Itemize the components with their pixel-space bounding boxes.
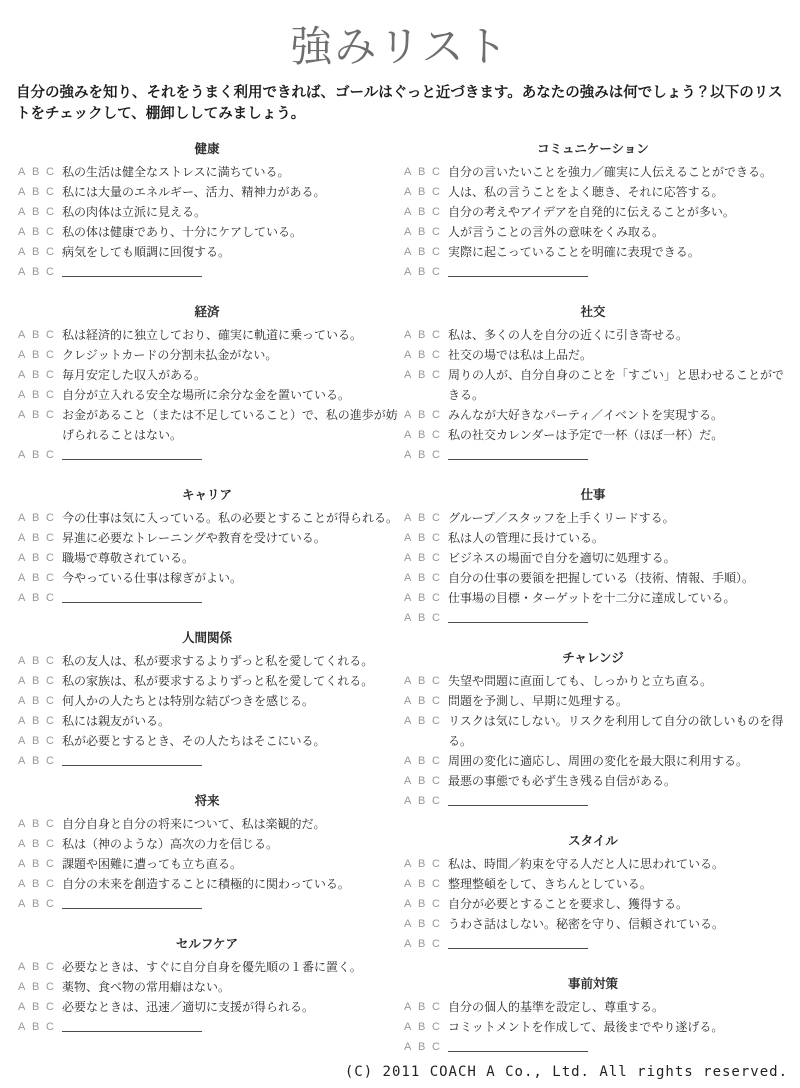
rating-option-c[interactable]: C [46,651,54,671]
item-text: 自分の未来を創造することに積極的に関わっている。 [62,874,400,894]
item-text: 今やっている仕事は稼ぎがよい。 [62,568,400,588]
item-text: リスクは気にしない。リスクを利用して自分の欲しいものを得る。 [448,711,786,751]
rating-option-b[interactable]: B [418,751,425,771]
rating-option-b[interactable]: B [32,814,39,834]
rating-options: ABC [400,242,440,262]
rating-option-c[interactable]: C [432,242,440,262]
rating-option-c[interactable]: C [432,934,440,954]
rating-option-c[interactable]: C [46,365,54,385]
fill-in-line[interactable] [62,752,202,766]
rating-option-c[interactable]: C [46,711,54,731]
rating-option-a[interactable]: A [404,162,411,182]
rating-option-b[interactable]: B [418,325,425,345]
rating-option-b[interactable]: B [32,651,39,671]
rating-option-c[interactable]: C [46,202,54,222]
rating-option-a[interactable]: A [18,385,25,405]
rating-option-c[interactable]: C [46,568,54,588]
rating-option-c[interactable]: C [432,445,440,465]
item-text: 薬物、食べ物の常用癖はない。 [62,977,400,997]
rating-option-c[interactable]: C [432,791,440,811]
rating-option-a[interactable]: A [18,854,25,874]
fill-in-line[interactable] [62,446,202,460]
rating-option-c[interactable]: C [46,325,54,345]
rating-option-a[interactable]: A [404,894,411,914]
checklist-row: ABC自分の考えやアイデアを自発的に伝えることが多い。 [400,202,786,222]
rating-option-a[interactable]: A [18,997,25,1017]
rating-option-c[interactable]: C [46,445,54,465]
rating-options: ABC [400,425,440,445]
rating-option-b[interactable]: B [32,345,39,365]
rating-option-a[interactable]: A [18,1017,25,1037]
rating-option-a[interactable]: A [18,711,25,731]
item-text: コミットメントを作成して、最後までやり遂げる。 [448,1017,786,1037]
fill-in-line[interactable] [448,263,588,277]
rating-option-b[interactable]: B [418,508,425,528]
rating-option-b[interactable]: B [32,854,39,874]
rating-option-b[interactable]: B [418,771,425,791]
rating-option-c[interactable]: C [432,691,440,711]
rating-option-c[interactable]: C [432,365,440,385]
rating-option-b[interactable]: B [32,325,39,345]
rating-option-c[interactable]: C [432,894,440,914]
rating-option-c[interactable]: C [46,834,54,854]
checklist-row: ABCビジネスの場面で自分を適切に処理する。 [400,548,786,568]
fill-in-line[interactable] [448,1038,588,1052]
rating-options: ABC [14,894,54,914]
rating-option-a[interactable]: A [18,262,25,282]
rating-option-c[interactable]: C [46,691,54,711]
rating-options: ABC [14,651,54,671]
rating-option-a[interactable]: A [18,528,25,548]
right-column: コミュニケーションABC自分の言いたいことを強力／確実に人伝えることができる。A… [400,139,786,1077]
rating-option-a[interactable]: A [404,997,411,1017]
rating-option-c[interactable]: C [46,405,54,425]
rating-option-c[interactable]: C [432,997,440,1017]
rating-option-b[interactable]: B [418,1037,425,1057]
rating-option-c[interactable]: C [432,262,440,282]
rating-option-a[interactable]: A [404,791,411,811]
rating-option-c[interactable]: C [432,1017,440,1037]
item-text: 自分が必要とすることを要求し、獲得する。 [448,894,786,914]
rating-option-a[interactable]: A [404,325,411,345]
rating-option-c[interactable]: C [432,405,440,425]
fill-in-line[interactable] [62,1018,202,1032]
rating-option-b[interactable]: B [418,568,425,588]
rating-option-a[interactable]: A [404,874,411,894]
rating-option-c[interactable]: C [46,671,54,691]
rating-option-a[interactable]: A [404,671,411,691]
rating-option-b[interactable]: B [418,202,425,222]
rating-option-a[interactable]: A [404,262,411,282]
rating-option-c[interactable]: C [432,751,440,771]
rating-option-c[interactable]: C [46,731,54,751]
rating-option-a[interactable]: A [18,874,25,894]
rating-option-a[interactable]: A [404,445,411,465]
rating-option-c[interactable]: C [46,162,54,182]
checklist-row: ABC社交の場では私は上品だ。 [400,345,786,365]
section-title: スタイル [400,831,786,851]
item-text: 人は、私の言うことをよく聴き、それに応答する。 [448,182,786,202]
section-title: 仕事 [400,485,786,505]
rating-option-c[interactable]: C [432,568,440,588]
rating-option-b[interactable]: B [32,671,39,691]
rating-option-a[interactable]: A [18,222,25,242]
rating-option-b[interactable]: B [32,834,39,854]
rating-option-a[interactable]: A [18,957,25,977]
rating-option-a[interactable]: A [18,588,25,608]
rating-option-b[interactable]: B [418,1017,425,1037]
rating-option-a[interactable]: A [404,914,411,934]
rating-option-c[interactable]: C [46,854,54,874]
item-text: 私は（神のような）高次の力を信じる。 [62,834,400,854]
rating-option-c[interactable]: C [432,528,440,548]
rating-option-a[interactable]: A [18,508,25,528]
rating-option-a[interactable]: A [404,711,411,731]
rating-option-c[interactable]: C [46,182,54,202]
item-text: 私の体は健康であり、十分にケアしている。 [62,222,400,242]
section-title: キャリア [14,485,400,505]
rating-option-a[interactable]: A [404,508,411,528]
rating-options: ABC [14,548,54,568]
rating-option-b[interactable]: B [32,405,39,425]
rating-option-b[interactable]: B [418,262,425,282]
rating-option-a[interactable]: A [18,751,25,771]
item-text: 私の家族は、私が要求するよりずっと私を愛してくれる。 [62,671,400,691]
rating-option-c[interactable]: C [46,528,54,548]
rating-option-b[interactable]: B [32,568,39,588]
item-text: 私は経済的に独立しており、確実に軌道に乗っている。 [62,325,400,345]
item-text: ビジネスの場面で自分を適切に処理する。 [448,548,786,568]
item-text: 失望や問題に直面しても、しっかりと立ち直る。 [448,671,786,691]
rating-option-b[interactable]: B [32,242,39,262]
checklist-row: ABC私は、多くの人を自分の近くに引き寄せる。 [400,325,786,345]
rating-option-a[interactable]: A [18,691,25,711]
rating-option-a[interactable]: A [404,182,411,202]
item-text: 職場で尊敬されている。 [62,548,400,568]
checklist-row: ABC周りの人が、自分自身のことを「すごい」と思わせることができる。 [400,365,786,405]
rating-option-a[interactable]: A [18,445,25,465]
strength-section: チャレンジABC失望や問題に直面しても、しっかりと立ち直る。ABC問題を予測し、… [400,648,786,811]
item-text: みんなが大好きなパーティ／イベントを実現する。 [448,405,786,425]
rating-option-b[interactable]: B [418,222,425,242]
rating-options: ABC [14,445,54,465]
checklist-row: ABC整理整頓をして、きちんとしている。 [400,874,786,894]
rating-option-b[interactable]: B [32,997,39,1017]
checklist-row: ABC私の生活は健全なストレスに満ちている。 [14,162,400,182]
item-text: クレジットカードの分割未払金がない。 [62,345,400,365]
rating-option-a[interactable]: A [404,568,411,588]
rating-option-b[interactable]: B [32,385,39,405]
rating-options: ABC [14,588,54,608]
rating-option-a[interactable]: A [18,894,25,914]
rating-options: ABC [14,957,54,977]
rating-option-b[interactable]: B [32,528,39,548]
rating-option-c[interactable]: C [46,814,54,834]
rating-option-c[interactable]: C [432,508,440,528]
rating-option-c[interactable]: C [432,162,440,182]
rating-option-b[interactable]: B [418,445,425,465]
rating-option-a[interactable]: A [18,365,25,385]
rating-options: ABC [400,1017,440,1037]
rating-option-a[interactable]: A [404,751,411,771]
rating-option-b[interactable]: B [418,934,425,954]
rating-options: ABC [400,548,440,568]
rating-options: ABC [14,385,54,405]
rating-option-a[interactable]: A [18,977,25,997]
rating-option-b[interactable]: B [418,405,425,425]
fill-in-line[interactable] [62,263,202,277]
rating-option-a[interactable]: A [18,405,25,425]
strength-section: キャリアABC今の仕事は気に入っている。私の必要とすることが得られる。ABC昇進… [14,485,400,608]
rating-option-c[interactable]: C [46,385,54,405]
rating-option-b[interactable]: B [418,608,425,628]
rating-options: ABC [400,162,440,182]
rating-option-a[interactable]: A [18,345,25,365]
rating-option-a[interactable]: A [404,771,411,791]
rating-option-a[interactable]: A [404,425,411,445]
rating-option-b[interactable]: B [418,874,425,894]
item-text: 最悪の事態でも必ず生き残る自信がある。 [448,771,786,791]
checklist-row: ABCクレジットカードの分割未払金がない。 [14,345,400,365]
rating-option-c[interactable]: C [432,182,440,202]
rating-option-a[interactable]: A [18,834,25,854]
section-title: 経済 [14,302,400,322]
fill-in-line[interactable] [448,609,588,623]
rating-options: ABC [14,997,54,1017]
rating-option-c[interactable]: C [46,242,54,262]
rating-option-c[interactable]: C [46,222,54,242]
fill-in-line[interactable] [448,935,588,949]
checklist-row: ABC最悪の事態でも必ず生き残る自信がある。 [400,771,786,791]
rating-option-a[interactable]: A [18,182,25,202]
rating-option-a[interactable]: A [404,345,411,365]
rating-option-c[interactable]: C [432,711,440,731]
rating-option-c[interactable]: C [432,771,440,791]
rating-option-c[interactable]: C [46,588,54,608]
fill-in-line[interactable] [448,446,588,460]
item-text: 仕事場の目標・ターゲットを十二分に達成している。 [448,588,786,608]
checklist-row: ABC仕事場の目標・ターゲットを十二分に達成している。 [400,588,786,608]
rating-option-b[interactable]: B [418,914,425,934]
checklist-row: ABC [400,791,786,811]
rating-option-b[interactable]: B [32,262,39,282]
section-title: コミュニケーション [400,139,786,159]
item-text: 私は、時間／約束を守る人だと人に思われている。 [448,854,786,874]
item-text: 昇進に必要なトレーニングや教育を受けている。 [62,528,400,548]
rating-option-b[interactable]: B [418,671,425,691]
rating-options: ABC [400,528,440,548]
rating-option-a[interactable]: A [404,242,411,262]
rating-option-b[interactable]: B [418,711,425,731]
rating-options: ABC [400,671,440,691]
rating-option-c[interactable]: C [432,548,440,568]
rating-options: ABC [400,1037,440,1057]
rating-option-b[interactable]: B [32,365,39,385]
rating-option-a[interactable]: A [18,814,25,834]
rating-option-c[interactable]: C [46,977,54,997]
rating-option-c[interactable]: C [432,854,440,874]
rating-option-b[interactable]: B [32,222,39,242]
rating-options: ABC [400,914,440,934]
rating-option-a[interactable]: A [18,568,25,588]
checklist-row: ABC自分の未来を創造することに積極的に関わっている。 [14,874,400,894]
rating-option-c[interactable]: C [432,1037,440,1057]
rating-options: ABC [400,691,440,711]
item-text: 必要なときは、迅速／適切に支援が得られる。 [62,997,400,1017]
section-title: 事前対策 [400,974,786,994]
rating-option-b[interactable]: B [32,691,39,711]
rating-options: ABC [400,202,440,222]
checklist-row: ABC自分が必要とすることを要求し、獲得する。 [400,894,786,914]
rating-option-a[interactable]: A [404,691,411,711]
rating-option-b[interactable]: B [32,182,39,202]
rating-option-c[interactable]: C [432,588,440,608]
page-title: 強みリスト [0,0,800,75]
rating-options: ABC [14,568,54,588]
rating-option-b[interactable]: B [32,731,39,751]
rating-option-c[interactable]: C [46,894,54,914]
rating-option-b[interactable]: B [418,345,425,365]
rating-option-b[interactable]: B [418,528,425,548]
section-title: 将来 [14,791,400,811]
checklist-row: ABCグループ／スタッフを上手くリードする。 [400,508,786,528]
rating-option-c[interactable]: C [46,1017,54,1037]
rating-option-a[interactable]: A [404,528,411,548]
rating-option-b[interactable]: B [32,445,39,465]
rating-option-c[interactable]: C [432,425,440,445]
fill-in-line[interactable] [62,895,202,909]
rating-option-c[interactable]: C [46,345,54,365]
rating-option-c[interactable]: C [46,548,54,568]
rating-option-a[interactable]: A [18,202,25,222]
item-text: 私の肉体は立派に見える。 [62,202,400,222]
item-text: 私の友人は、私が要求するよりずっと私を愛してくれる。 [62,651,400,671]
rating-option-a[interactable]: A [404,608,411,628]
rating-option-b[interactable]: B [32,202,39,222]
rating-option-b[interactable]: B [32,751,39,771]
rating-option-b[interactable]: B [32,588,39,608]
strength-section: 健康ABC私の生活は健全なストレスに満ちている。ABC私には大量のエネルギー、活… [14,139,400,282]
rating-option-b[interactable]: B [32,711,39,731]
rating-option-c[interactable]: C [432,608,440,628]
rating-option-c[interactable]: C [432,345,440,365]
rating-option-b[interactable]: B [418,162,425,182]
rating-options: ABC [14,751,54,771]
section-title: セルフケア [14,934,400,954]
rating-option-c[interactable]: C [46,262,54,282]
rating-option-a[interactable]: A [404,1037,411,1057]
checklist-row: ABCコミットメントを作成して、最後までやり遂げる。 [400,1017,786,1037]
rating-option-a[interactable]: A [18,162,25,182]
rating-option-b[interactable]: B [32,874,39,894]
strength-section: 人間関係ABC私の友人は、私が要求するよりずっと私を愛してくれる。ABC私の家族… [14,628,400,771]
rating-option-a[interactable]: A [18,325,25,345]
rating-options: ABC [14,508,54,528]
item-text: 私には大量のエネルギー、活力、精神力がある。 [62,182,400,202]
fill-in-line[interactable] [62,589,202,603]
strength-section: 事前対策ABC自分の個人的基準を設定し、尊重する。ABCコミットメントを作成して… [400,974,786,1057]
rating-option-b[interactable]: B [32,957,39,977]
rating-options: ABC [14,977,54,997]
rating-option-b[interactable]: B [32,894,39,914]
item-text: 私は人の管理に長けている。 [448,528,786,548]
rating-options: ABC [400,934,440,954]
rating-option-c[interactable]: C [46,874,54,894]
strength-section: 仕事ABCグループ／スタッフを上手くリードする。ABC私は人の管理に長けている。… [400,485,786,628]
rating-option-b[interactable]: B [418,242,425,262]
rating-option-b[interactable]: B [32,508,39,528]
rating-options: ABC [400,791,440,811]
rating-option-c[interactable]: C [46,508,54,528]
rating-option-a[interactable]: A [404,548,411,568]
strength-section: コミュニケーションABC自分の言いたいことを強力／確実に人伝えることができる。A… [400,139,786,282]
rating-option-a[interactable]: A [404,934,411,954]
rating-option-a[interactable]: A [404,222,411,242]
rating-option-b[interactable]: B [418,894,425,914]
rating-option-b[interactable]: B [418,691,425,711]
section-title: チャレンジ [400,648,786,668]
rating-options: ABC [14,671,54,691]
rating-option-b[interactable]: B [418,548,425,568]
rating-option-b[interactable]: B [418,425,425,445]
checklist-row: ABC薬物、食べ物の常用癖はない。 [14,977,400,997]
rating-option-c[interactable]: C [46,997,54,1017]
rating-option-c[interactable]: C [46,957,54,977]
checklist-row: ABCみんなが大好きなパーティ／イベントを実現する。 [400,405,786,425]
rating-option-a[interactable]: A [18,671,25,691]
fill-in-line[interactable] [448,792,588,806]
rating-option-a[interactable]: A [404,202,411,222]
rating-option-a[interactable]: A [404,1017,411,1037]
rating-option-c[interactable]: C [432,671,440,691]
rating-option-b[interactable]: B [32,162,39,182]
rating-option-c[interactable]: C [46,751,54,771]
rating-option-b[interactable]: B [32,1017,39,1037]
rating-option-c[interactable]: C [432,914,440,934]
rating-option-a[interactable]: A [18,651,25,671]
strength-section: セルフケアABC必要なときは、すぐに自分自身を優先順の１番に置く。ABC薬物、食… [14,934,400,1037]
checklist-row: ABC自分が立入れる安全な場所に余分な金を置いている。 [14,385,400,405]
rating-option-c[interactable]: C [432,874,440,894]
rating-option-b[interactable]: B [418,588,425,608]
rating-option-c[interactable]: C [432,202,440,222]
rating-option-b[interactable]: B [418,182,425,202]
checklist-row: ABC周囲の変化に適応し、周囲の変化を最大限に利用する。 [400,751,786,771]
rating-option-b[interactable]: B [418,365,425,385]
rating-option-c[interactable]: C [432,222,440,242]
rating-option-a[interactable]: A [404,405,411,425]
rating-option-a[interactable]: A [18,242,25,262]
rating-option-a[interactable]: A [18,548,25,568]
checklist-row: ABCリスクは気にしない。リスクを利用して自分の欲しいものを得る。 [400,711,786,751]
rating-option-a[interactable]: A [404,854,411,874]
rating-option-c[interactable]: C [432,325,440,345]
checklist-row: ABC私は経済的に独立しており、確実に軌道に乗っている。 [14,325,400,345]
rating-option-a[interactable]: A [404,365,411,385]
rating-option-b[interactable]: B [418,791,425,811]
rating-options: ABC [400,345,440,365]
rating-option-b[interactable]: B [32,548,39,568]
rating-option-b[interactable]: B [32,977,39,997]
rating-option-b[interactable]: B [418,997,425,1017]
rating-option-b[interactable]: B [418,854,425,874]
rating-options: ABC [14,405,54,425]
rating-option-a[interactable]: A [404,588,411,608]
checklist-row: ABC必要なときは、すぐに自分自身を優先順の１番に置く。 [14,957,400,977]
rating-options: ABC [14,711,54,731]
strength-section: スタイルABC私は、時間／約束を守る人だと人に思われている。ABC整理整頓をして… [400,831,786,954]
rating-option-a[interactable]: A [18,731,25,751]
